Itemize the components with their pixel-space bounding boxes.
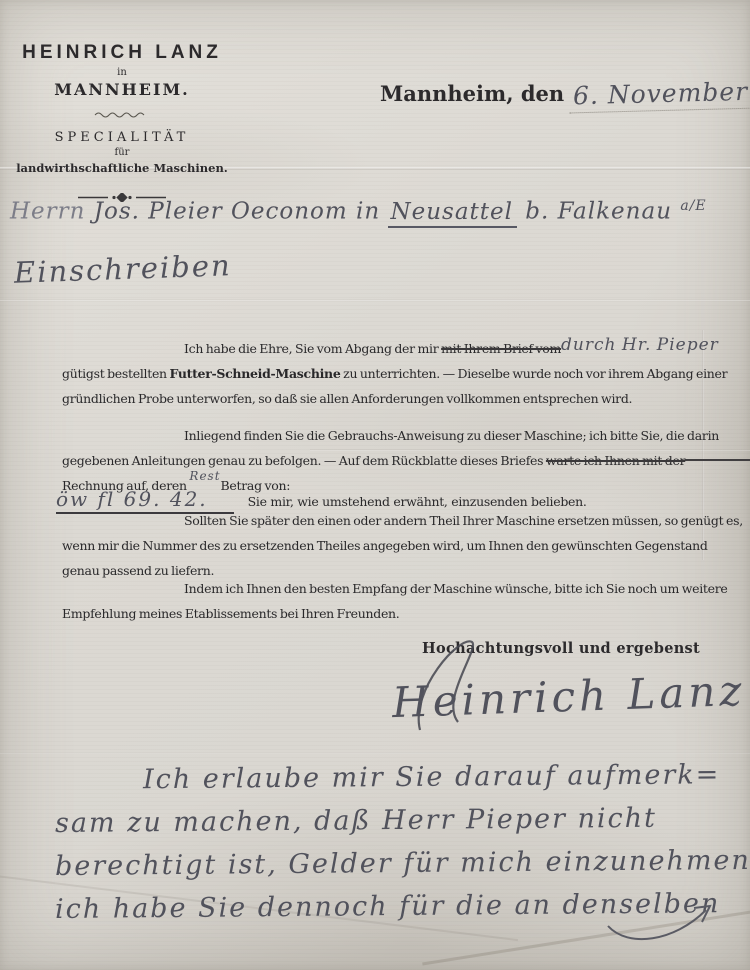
body-text: Sie mir, wie umstehend erwähnt, einzusen…	[234, 494, 587, 509]
body-line: Sollten Sie später den einen oder andern…	[62, 508, 743, 533]
address-district: a/E	[680, 198, 706, 214]
postscript-line: berechtigt ist, Gelder für mich einzuneh…	[55, 839, 745, 888]
handwritten-insert: durch Hr. Pieper	[561, 333, 719, 358]
handwritten-strike-rule	[685, 459, 750, 461]
body-text: Ich habe die Ehre, Sie vom Abgang der mi…	[184, 341, 441, 356]
address-near: b. Falkenau	[517, 199, 680, 225]
address-place: Neusattel	[388, 199, 517, 228]
dateline-handwritten-date: 6. November 1876	[569, 75, 750, 114]
paragraph-4: Indem ich Ihnen den besten Empfang der M…	[62, 576, 728, 626]
letterhead-fuer: für	[12, 147, 232, 158]
address-line: Herrn Jos. Pleier Oeconom in Neusattel b…	[10, 198, 750, 225]
letterhead-speciality: SPECIALITÄT	[12, 130, 232, 145]
struck-text: warte ich Ihnen mit der	[546, 453, 685, 468]
letter-scan: HEINRICH LANZ in MANNHEIM. SPECIALITÄT f…	[0, 0, 750, 970]
address-name-occupation: Jos. Pleier Oeconom in	[94, 199, 389, 225]
struck-text: mit Ihrem Brief vom	[441, 341, 561, 356]
postscript-line: Ich erlaube mir Sie darauf aufmerk=	[55, 753, 745, 802]
body-text: zu unterrichten. — Dieselbe wurde noch v…	[341, 366, 728, 381]
letterhead-speciality-line2: landwirthschaftliche Maschinen.	[12, 161, 232, 175]
body-line: gegebenen Anleitungen genau zu befolgen.…	[62, 448, 750, 473]
page-turn-arrow-icon	[600, 896, 730, 956]
paragraph-3: Sollten Sie später den einen oder andern…	[62, 508, 743, 583]
registered-mail-note: Einschreiben	[13, 248, 232, 290]
body-text: gütigst bestellten	[62, 366, 169, 381]
body-line: gründlichen Probe unterworfen, so daß si…	[62, 386, 727, 411]
address-salutation: Herrn	[10, 199, 94, 225]
postscript-line: sam zu machen, daß Herr Pieper nicht	[55, 796, 745, 845]
body-line: Indem ich Ihnen den besten Empfang der M…	[62, 576, 728, 601]
letterhead-company-name: HEINRICH LANZ	[12, 42, 232, 64]
letterhead-in: in	[12, 67, 232, 78]
body-line: Empfehlung meines Etablissements bei Ihr…	[62, 601, 728, 626]
paper-crease	[0, 299, 750, 301]
body-text: gegebenen Anleitungen genau zu befolgen.…	[62, 453, 546, 468]
wavy-rule	[12, 103, 232, 122]
dateline: Mannheim, den 6. November 1876	[380, 78, 750, 110]
paragraph-1: Ich habe die Ehre, Sie vom Abgang der mi…	[62, 336, 727, 411]
machine-name: Futter-Schneid-Maschine	[169, 366, 340, 381]
body-line: gütigst bestellten Futter-Schneid-Maschi…	[62, 361, 727, 386]
body-line: Inliegend finden Sie die Gebrauchs-Anwei…	[62, 423, 750, 448]
letterhead-city: MANNHEIM.	[12, 80, 232, 99]
dateline-printed: Mannheim, den	[380, 81, 564, 106]
letterhead: HEINRICH LANZ in MANNHEIM. SPECIALITÄT f…	[12, 42, 232, 206]
body-line: Ich habe die Ehre, Sie vom Abgang der mi…	[62, 336, 727, 361]
handwritten-insert: Rest	[189, 464, 220, 489]
body-line: wenn mir die Nummer des zu ersetzenden T…	[62, 533, 743, 558]
